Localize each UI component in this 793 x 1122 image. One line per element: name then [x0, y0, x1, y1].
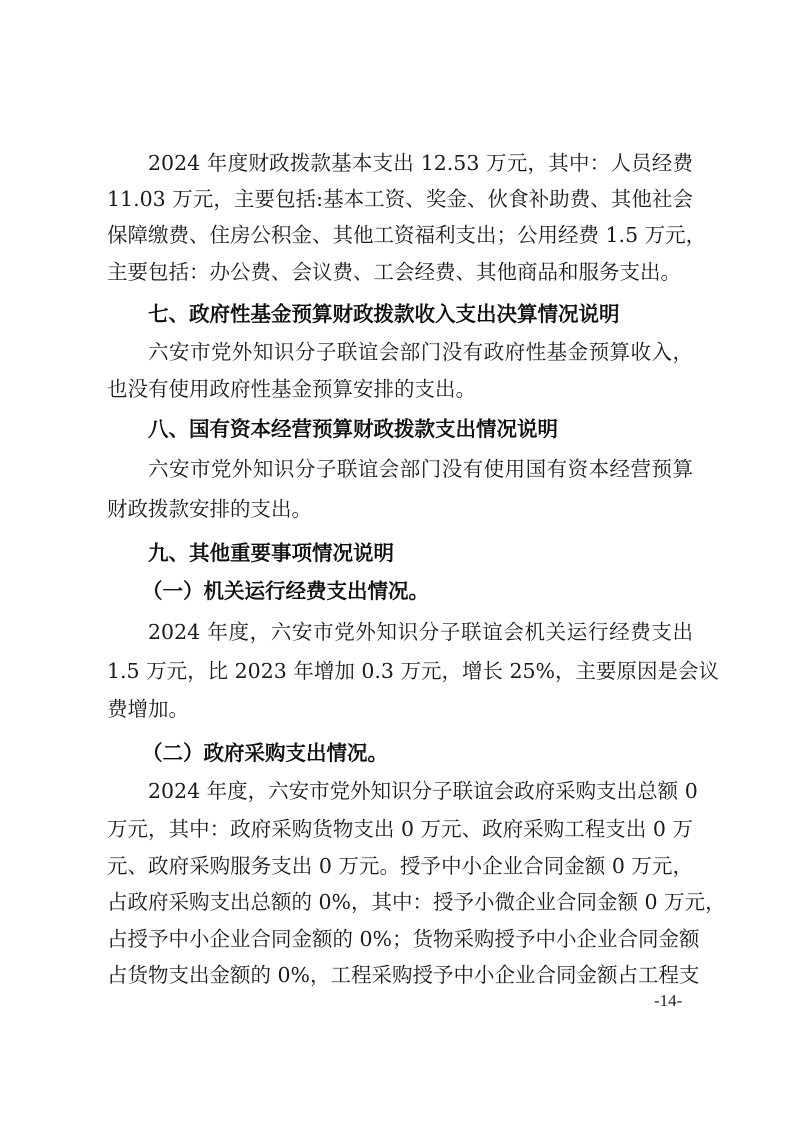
section-heading-9: 九、其他重要事项情况说明	[148, 541, 394, 565]
body-text-line: 2024 年度，六安市党外知识分子联谊会政府采购支出总额 0	[148, 779, 693, 803]
body-text-line: 主要包括：办公费、会议费、工会经费、其他商品和服务支出。	[107, 260, 693, 284]
body-text-line: 11.03 万元，主要包括:基本工资、奖金、伙食补助费、其他社会	[107, 187, 693, 211]
body-text-line: 占政府采购支出总额的 0%，其中：授予小微企业合同金额 0 万元，	[107, 890, 693, 914]
section-heading-7: 七、政府性基金预算财政拨款收入支出决算情况说明	[148, 302, 620, 326]
body-text-line: 1.5 万元，比 2023 年增加 0.3 万元，增长 25%，主要原因是会议	[107, 659, 693, 683]
body-text-line: 占货物支出金额的 0%，工程采购授予中小企业合同金额占工程支	[107, 963, 693, 987]
section-heading-8: 八、国有资本经营预算财政拨款支出情况说明	[148, 417, 558, 441]
body-text-line: 元、政府采购服务支出 0 万元。授予中小企业合同金额 0 万元，	[107, 854, 693, 878]
body-text-line: 万元，其中：政府采购货物支出 0 万元、政府采购工程支出 0 万	[107, 817, 693, 841]
subsection-heading-1: （一）机关运行经费支出情况。	[142, 579, 429, 603]
body-text-line: 六安市党外知识分子联谊会部门没有政府性基金预算收入，	[148, 340, 693, 364]
subsection-heading-2: （二）政府采购支出情况。	[142, 741, 388, 765]
body-text-line: 财政拨款安排的支出。	[107, 497, 693, 521]
page-number: -14-	[654, 991, 682, 1011]
body-text-line: 2024 年度，六安市党外知识分子联谊会机关运行经费支出	[148, 620, 693, 644]
body-text-line: 保障缴费、住房公积金、其他工资福利支出；公用经费 1.5 万元，	[107, 223, 693, 247]
body-text-line: 也没有使用政府性基金预算安排的支出。	[107, 377, 693, 401]
body-text-line: 费增加。	[107, 697, 693, 721]
document-page: 2024 年度财政拨款基本支出 12.53 万元，其中：人员经费 11.03 万…	[0, 0, 793, 1122]
body-text-line: 占授予中小企业合同金额的 0%；货物采购授予中小企业合同金额	[107, 927, 693, 951]
body-text-line: 六安市党外知识分子联谊会部门没有使用国有资本经营预算	[148, 457, 693, 481]
body-text-line: 2024 年度财政拨款基本支出 12.53 万元，其中：人员经费	[148, 151, 693, 175]
